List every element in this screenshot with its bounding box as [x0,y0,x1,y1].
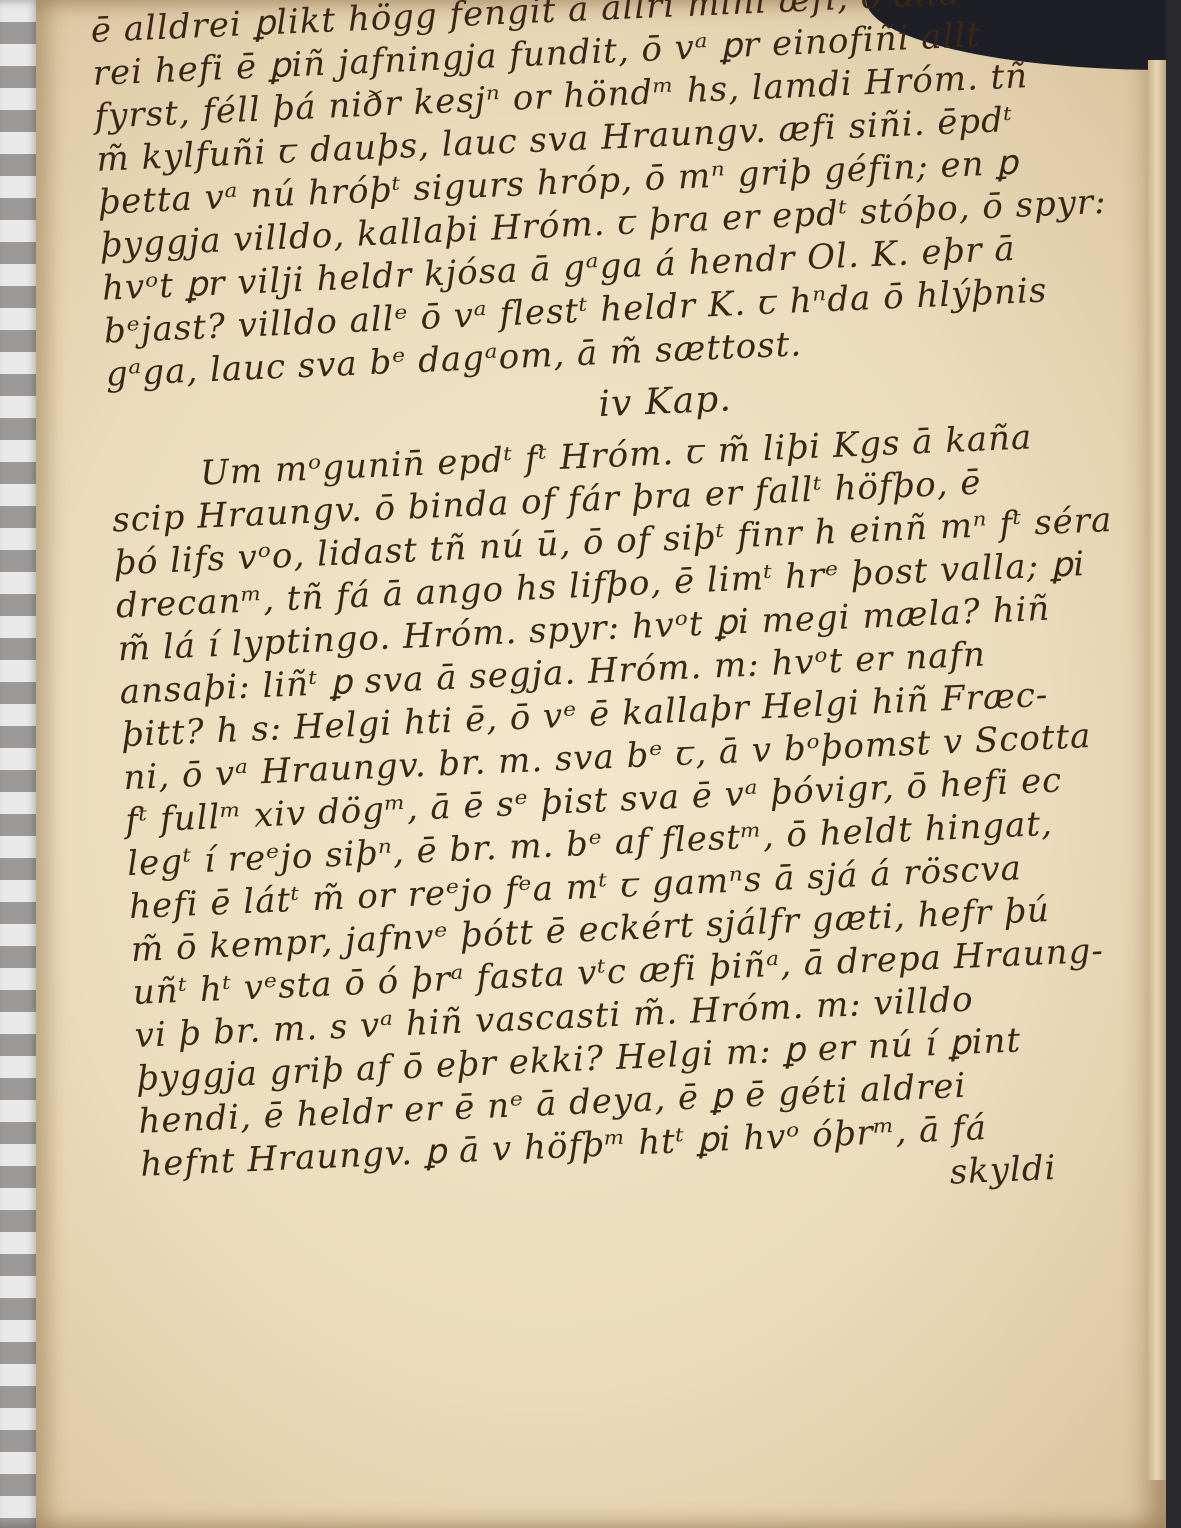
manuscript-text: ē alldrei ꝑlikt högg fengit á allri miñi… [90,0,1181,1230]
